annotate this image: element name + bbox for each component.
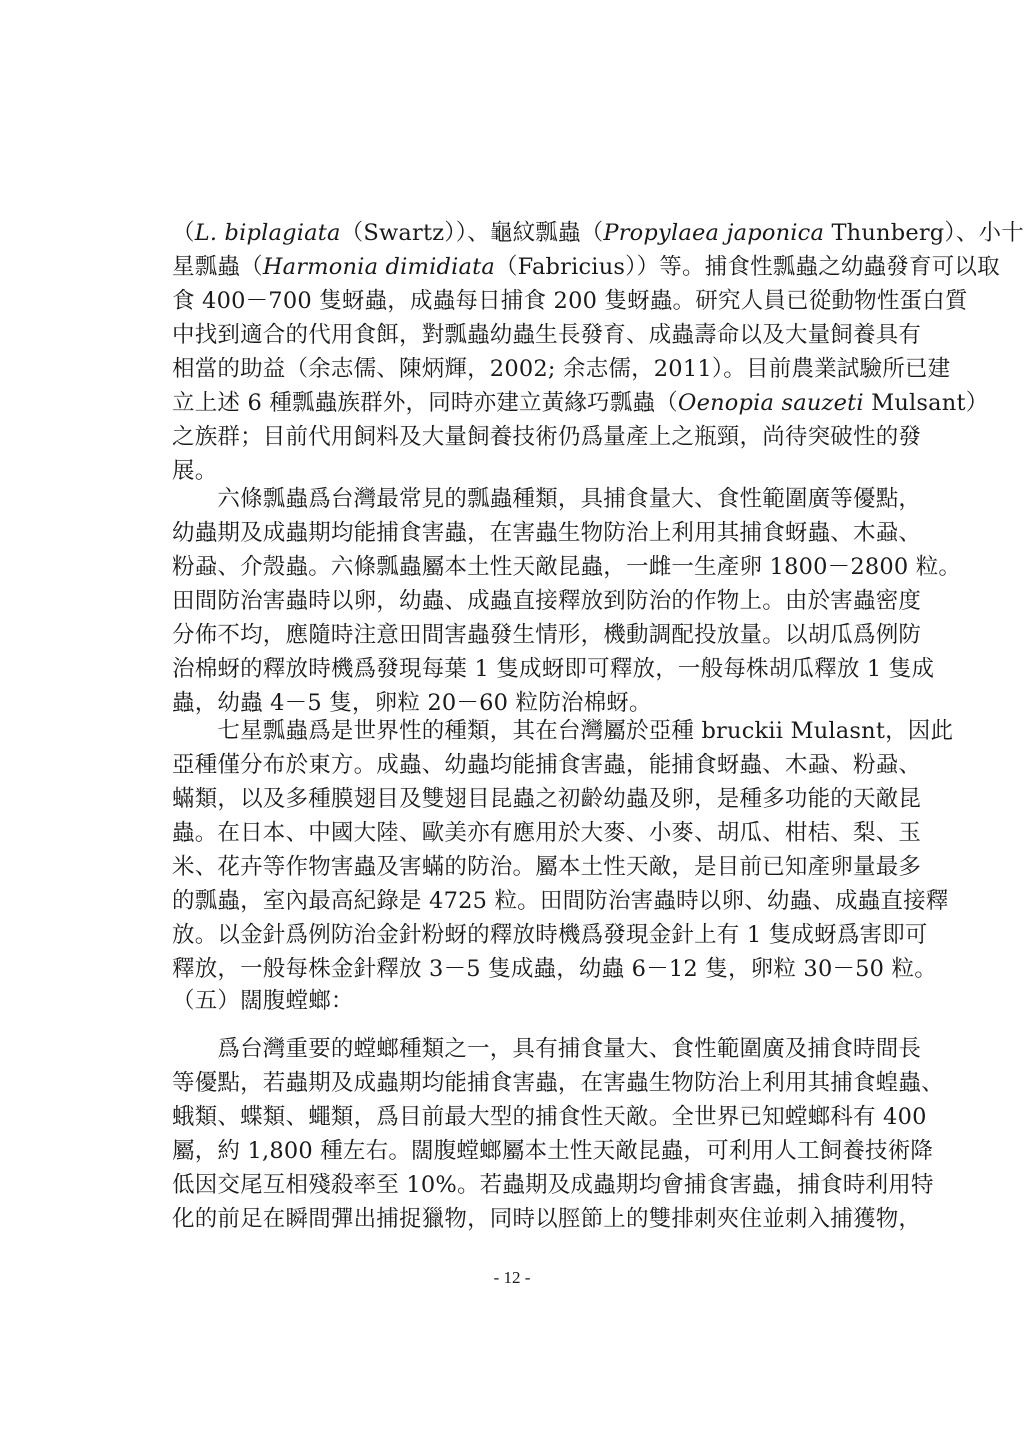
text-line: 田間防治害蟲時以卵，幼蟲、成蟲直接釋放到防治的作物上。由於害蟲密度: [172, 586, 856, 616]
text-segment: 六條瓢蟲爲台灣最常見的瓢蟲種類，具捕食量大、食性範圍廣等優點，: [172, 486, 921, 512]
text-segment: 蟲。在日本、中國大陸、歐美亦有應用於大麥、小麥、胡瓜、柑桔、梨、玉: [172, 820, 921, 846]
text-line: 蛾類、蝶類、蠅類，爲目前最大型的捕食性天敵。全世界已知螳螂科有 400: [172, 1102, 856, 1132]
text-segment: 等優點，若蟲期及成蟲期均能捕食害蟲，在害蟲生物防治上利用其捕食蝗蟲、: [172, 1070, 944, 1096]
text-segment: 釋放，一般每株金針釋放 3－5 隻成蟲，幼蟲 6－12 隻，卵粒 30－50 粒…: [172, 956, 937, 982]
text-line: 米、花卉等作物害蟲及害蟎的防治。屬本土性天敵，是目前已知產卵量最多: [172, 852, 856, 882]
scientific-name: L. biplagiata: [195, 220, 341, 246]
text-line: 爲台灣重要的螳螂種類之一，具有捕食量大、食性範圍廣及捕食時間長: [172, 1034, 856, 1064]
text-line: 食 400－700 隻蚜蟲，成蟲每日捕食 200 隻蚜蟲。研究人員已從動物性蛋白…: [172, 286, 856, 316]
text-line: 蟲，幼蟲 4－5 隻，卵粒 20－60 粒防治棉蚜。: [172, 688, 856, 718]
text-segment: 田間防治害蟲時以卵，幼蟲、成蟲直接釋放到防治的作物上。由於害蟲密度: [172, 588, 921, 614]
text-line: 六條瓢蟲爲台灣最常見的瓢蟲種類，具捕食量大、食性範圍廣等優點，: [172, 484, 856, 514]
text-segment: 之族群；目前代用飼料及大量飼養技術仍爲量產上之瓶頸，尚待突破性的發: [172, 424, 921, 450]
text-line: 展。: [172, 456, 856, 486]
text-line: 粉蝨、介殼蟲。六條瓢蟲屬本土性天敵昆蟲，一雌一生產卵 1800－2800 粒。: [172, 552, 856, 582]
text-segment: （Fabricius））等。捕食性瓢蟲之幼蟲發育可以取: [495, 254, 1000, 280]
text-segment: 蛾類、蝶類、蠅類，爲目前最大型的捕食性天敵。全世界已知螳螂科有 400: [172, 1104, 927, 1130]
text-segment: 的瓢蟲，室內最高紀錄是 4725 粒。田間防治害蟲時以卵、幼蟲、成蟲直接釋: [172, 888, 948, 914]
text-segment: （Swartz））、龜紋瓢蟲（: [341, 220, 604, 246]
text-segment: 粉蝨、介殼蟲。六條瓢蟲屬本土性天敵昆蟲，一雌一生產卵 1800－2800 粒。: [172, 554, 961, 580]
text-segment: 中找到適合的代用食餌，對瓢蟲幼蟲生長發育、成蟲壽命以及大量飼養具有: [172, 322, 921, 348]
text-line: （L. biplagiata（Swartz））、龜紋瓢蟲（Propylaea j…: [172, 218, 856, 248]
text-line: 屬，約 1,800 種左右。闊腹螳螂屬本土性天敵昆蟲，可利用人工飼養技術降: [172, 1136, 856, 1166]
text-segment: 蟲，幼蟲 4－5 隻，卵粒 20－60 粒防治棉蚜。: [172, 690, 652, 716]
text-segment: Mulsant）: [864, 390, 989, 416]
text-segment: 分佈不均，應隨時注意田間害蟲發生情形，機動調配投放量。以胡瓜爲例防: [172, 622, 921, 648]
text-line: 星瓢蟲（Harmonia dimidiata（Fabricius））等。捕食性瓢…: [172, 252, 856, 282]
text-line: 釋放，一般每株金針釋放 3－5 隻成蟲，幼蟲 6－12 隻，卵粒 30－50 粒…: [172, 954, 856, 984]
text-segment: 星瓢蟲（: [172, 254, 263, 280]
text-line: （五）闊腹螳螂：: [172, 986, 856, 1016]
text-segment: 七星瓢蟲爲是世界性的種類，其在台灣屬於亞種 bruckii Mulasnt，因此: [172, 718, 953, 744]
text-segment: 相當的助益（余志儒、陳炳輝，2002; 余志儒，2011）。目前農業試驗所已建: [172, 356, 950, 382]
text-segment: （: [172, 220, 195, 246]
text-line: 立上述 6 種瓢蟲族群外，同時亦建立黃緣巧瓢蟲（Oenopia sauzeti …: [172, 388, 856, 418]
text-line: 等優點，若蟲期及成蟲期均能捕食害蟲，在害蟲生物防治上利用其捕食蝗蟲、: [172, 1068, 856, 1098]
text-segment: Thunberg）、小十三: [824, 220, 1024, 246]
text-segment: 低因交尾互相殘殺率至 10%。若蟲期及成蟲期均會捕食害蟲，捕食時利用特: [172, 1172, 934, 1198]
text-line: 之族群；目前代用飼料及大量飼養技術仍爲量產上之瓶頸，尚待突破性的發: [172, 422, 856, 452]
text-line: 放。以金針爲例防治金針粉蚜的釋放時機爲發現金針上有 1 隻成蚜爲害即可: [172, 920, 856, 950]
text-line: 的瓢蟲，室內最高紀錄是 4725 粒。田間防治害蟲時以卵、幼蟲、成蟲直接釋: [172, 886, 856, 916]
text-line: 分佈不均，應隨時注意田間害蟲發生情形，機動調配投放量。以胡瓜爲例防: [172, 620, 856, 650]
text-line: 低因交尾互相殘殺率至 10%。若蟲期及成蟲期均會捕食害蟲，捕食時利用特: [172, 1170, 856, 1200]
text-line: 蟲。在日本、中國大陸、歐美亦有應用於大麥、小麥、胡瓜、柑桔、梨、玉: [172, 818, 856, 848]
scientific-name: Oenopia sauzeti: [678, 390, 864, 416]
text-line: 中找到適合的代用食餌，對瓢蟲幼蟲生長發育、成蟲壽命以及大量飼養具有: [172, 320, 856, 350]
text-line: 亞種僅分布於東方。成蟲、幼蟲均能捕食害蟲，能捕食蚜蟲、木蝨、粉蝨、: [172, 750, 856, 780]
text-segment: 亞種僅分布於東方。成蟲、幼蟲均能捕食害蟲，能捕食蚜蟲、木蝨、粉蝨、: [172, 752, 921, 778]
text-segment: 化的前足在瞬間彈出捕捉獵物，同時以脛節上的雙排刺夾住並刺入捕獲物，: [172, 1206, 921, 1232]
text-line: 幼蟲期及成蟲期均能捕食害蟲，在害蟲生物防治上利用其捕食蚜蟲、木蝨、: [172, 518, 856, 548]
text-line: 相當的助益（余志儒、陳炳輝，2002; 余志儒，2011）。目前農業試驗所已建: [172, 354, 856, 384]
text-segment: 放。以金針爲例防治金針粉蚜的釋放時機爲發現金針上有 1 隻成蚜爲害即可: [172, 922, 928, 948]
text-segment: 爲台灣重要的螳螂種類之一，具有捕食量大、食性範圍廣及捕食時間長: [172, 1036, 921, 1062]
document-page: （L. biplagiata（Swartz））、龜紋瓢蟲（Propylaea j…: [0, 0, 1024, 1448]
text-segment: 屬，約 1,800 種左右。闊腹螳螂屬本土性天敵昆蟲，可利用人工飼養技術降: [172, 1138, 933, 1164]
text-segment: 食 400－700 隻蚜蟲，成蟲每日捕食 200 隻蚜蟲。研究人員已從動物性蛋白…: [172, 288, 968, 314]
text-segment: 治棉蚜的釋放時機爲發現每葉 1 隻成蚜即可釋放，一般每株胡瓜釋放 1 隻成: [172, 656, 934, 682]
text-segment: 米、花卉等作物害蟲及害蟎的防治。屬本土性天敵，是目前已知產卵量最多: [172, 854, 921, 880]
text-line: 七星瓢蟲爲是世界性的種類，其在台灣屬於亞種 bruckii Mulasnt，因此: [172, 716, 856, 746]
scientific-name: Harmonia dimidiata: [263, 254, 495, 280]
text-segment: 幼蟲期及成蟲期均能捕食害蟲，在害蟲生物防治上利用其捕食蚜蟲、木蝨、: [172, 520, 921, 546]
text-segment: 蟎類，以及多種膜翅目及雙翅目昆蟲之初齡幼蟲及卵，是種多功能的天敵昆: [172, 786, 921, 812]
text-segment: 展。: [172, 458, 217, 484]
page-number: - 12 -: [0, 1268, 1024, 1288]
text-line: 治棉蚜的釋放時機爲發現每葉 1 隻成蚜即可釋放，一般每株胡瓜釋放 1 隻成: [172, 654, 856, 684]
text-line: 蟎類，以及多種膜翅目及雙翅目昆蟲之初齡幼蟲及卵，是種多功能的天敵昆: [172, 784, 856, 814]
text-segment: 立上述 6 種瓢蟲族群外，同時亦建立黃緣巧瓢蟲（: [172, 390, 678, 416]
text-line: 化的前足在瞬間彈出捕捉獵物，同時以脛節上的雙排刺夾住並刺入捕獲物，: [172, 1204, 856, 1234]
text-segment: （五）闊腹螳螂：: [172, 988, 354, 1014]
scientific-name: Propylaea japonica: [603, 220, 824, 246]
